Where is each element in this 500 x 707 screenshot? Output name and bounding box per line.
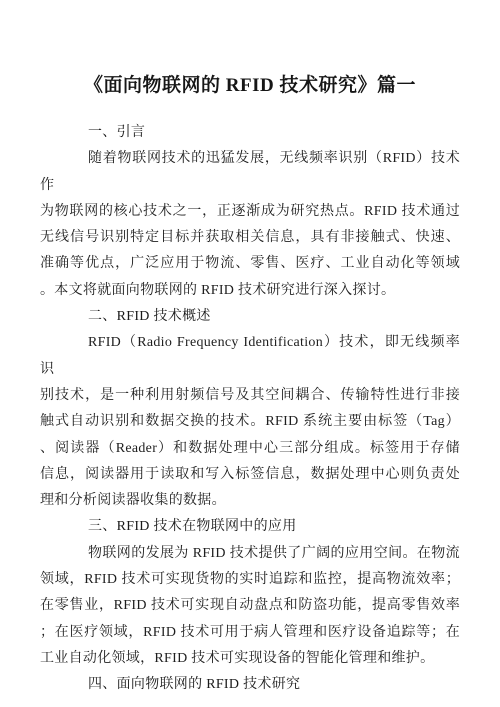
document-page: 《面向物联网的 RFID 技术研究》篇一 一、引言随着物联网技术的迅猛发展，无线… xyxy=(0,0,500,707)
text-line: ；在医疗领域，RFID 技术可用于病人管理和医疗设备追踪等；在 xyxy=(40,620,460,646)
text-line: 在零售业，RFID 技术可实现自动盘点和防盗功能，提高零售效率 xyxy=(40,593,460,619)
text-line: 无线信号识别特定目标并获取相关信息，具有非接触式、快速、 xyxy=(40,225,460,251)
text-line: 别技术，是一种利用射频信号及其空间耦合、传输特性进行非接 xyxy=(40,383,460,409)
text-line: 准确等优点，广泛应用于物流、零售、医疗、工业自动化等领域 xyxy=(40,251,460,277)
text-line: 信息，阅读器用于读取和写入标签信息，数据处理中心则负责处 xyxy=(40,462,460,488)
document-body: 一、引言随着物联网技术的迅猛发展，无线频率识别（RFID）技术作为物联网的核心技… xyxy=(0,120,500,699)
section-heading: 一、引言 xyxy=(40,120,460,146)
section-heading: 三、RFID 技术在物联网中的应用 xyxy=(40,514,460,540)
text-line: 理和分析阅读器收集的数据。 xyxy=(40,488,460,514)
section-heading: 二、RFID 技术概述 xyxy=(40,304,460,330)
document-title: 《面向物联网的 RFID 技术研究》篇一 xyxy=(0,0,500,98)
text-line: 领域，RFID 技术可实现货物的实时追踪和监控，提高物流效率； xyxy=(40,567,460,593)
text-line: 。本文将就面向物联网的 RFID 技术研究进行深入探讨。 xyxy=(40,278,460,304)
text-line: RFID（Radio Frequency Identification）技术，即… xyxy=(40,330,460,383)
text-line: 工业自动化领域，RFID 技术可实现设备的智能化管理和维护。 xyxy=(40,646,460,672)
text-line: 随着物联网技术的迅猛发展，无线频率识别（RFID）技术作 xyxy=(40,146,460,199)
text-line: 触式自动识别和数据交换的技术。RFID 系统主要由标签（Tag） xyxy=(40,409,460,435)
text-line: 、阅读器（Reader）和数据处理中心三部分组成。标签用于存储 xyxy=(40,436,460,462)
text-line: 为物联网的核心技术之一，正逐渐成为研究热点。RFID 技术通过 xyxy=(40,199,460,225)
section-heading: 四、面向物联网的 RFID 技术研究 xyxy=(40,672,460,698)
text-line: 物联网的发展为 RFID 技术提供了广阔的应用空间。在物流 xyxy=(40,541,460,567)
